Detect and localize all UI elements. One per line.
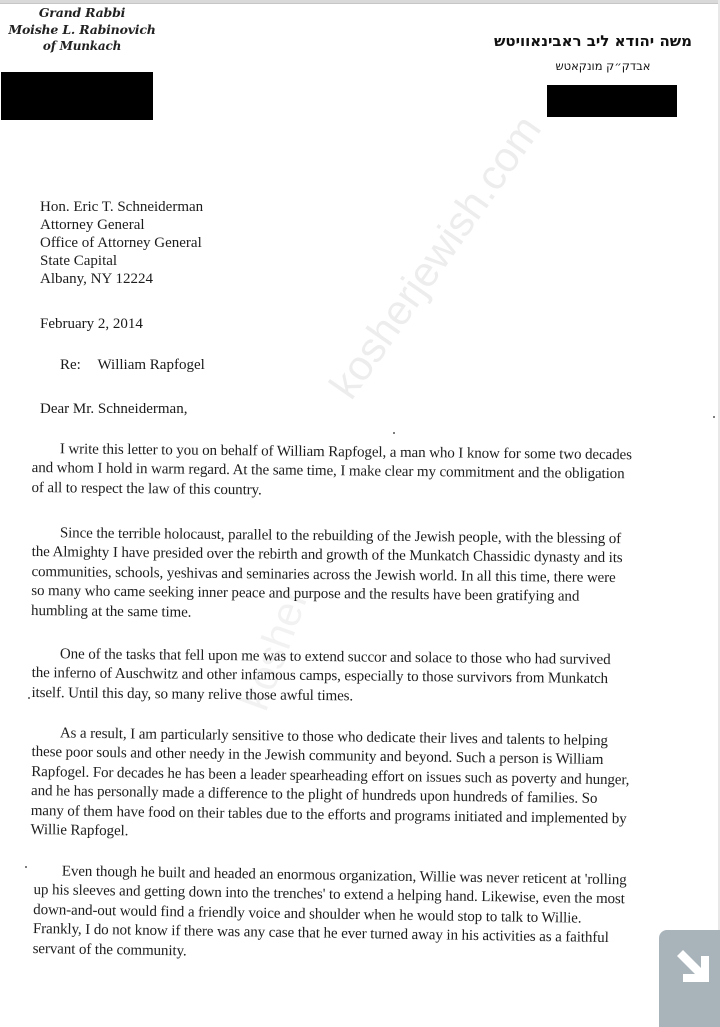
letterhead-title: Grand Rabbi [4,4,160,21]
recipient-street: State Capital [40,252,640,270]
redaction-block-left [1,72,153,120]
recipient-title: Attorney General [40,216,640,234]
redaction-block-right [547,85,677,117]
letterhead-place: of Munkach [4,38,160,55]
letterhead-name: Moishe L. Rabinovich [4,21,160,38]
letterhead-hebrew: משה יהודא ליב ראבינאוויטש אבדק״ק מונקאטש [488,32,718,73]
recipient-city: Albany, NY 12224 [40,270,640,288]
letterhead-english: Grand Rabbi Moishe L. Rabinovich of Munk… [4,4,160,55]
re-label: Re: [60,357,94,374]
salutation: Dear Mr. Schneiderman, [40,401,187,418]
scan-speck [713,416,715,418]
scan-speck [28,697,30,699]
re-line: Re: William Rapfogel [60,357,205,374]
recipient-name: Hon. Eric T. Schneiderman [40,198,640,216]
letterhead-hebrew-name: משה יהודא ליב ראבינאוויטש [468,32,718,50]
arrow-down-right-icon [673,946,713,986]
letterhead-hebrew-title: אבדק״ק מונקאטש [488,59,718,73]
letter-date: February 2, 2014 [40,316,143,333]
scan-speck [393,432,395,434]
body-paragraph-3: One of the tasks that fell upon me was t… [31,645,632,709]
body-paragraph-5: Even though he built and headed an enorm… [32,862,633,968]
body-paragraph-4: As a result, I am particularly sensitive… [30,724,632,849]
recipient-address: Hon. Eric T. Schneiderman Attorney Gener… [40,198,640,288]
next-page-button[interactable] [659,930,720,1027]
body-paragraph-1: I write this letter to you on behalf of … [31,440,632,504]
body-paragraph-2: Since the terrible holocaust, parallel t… [31,524,632,627]
recipient-office: Office of Attorney General [40,234,640,252]
re-subject: William Rapfogel [97,357,204,373]
scan-speck [25,866,27,868]
